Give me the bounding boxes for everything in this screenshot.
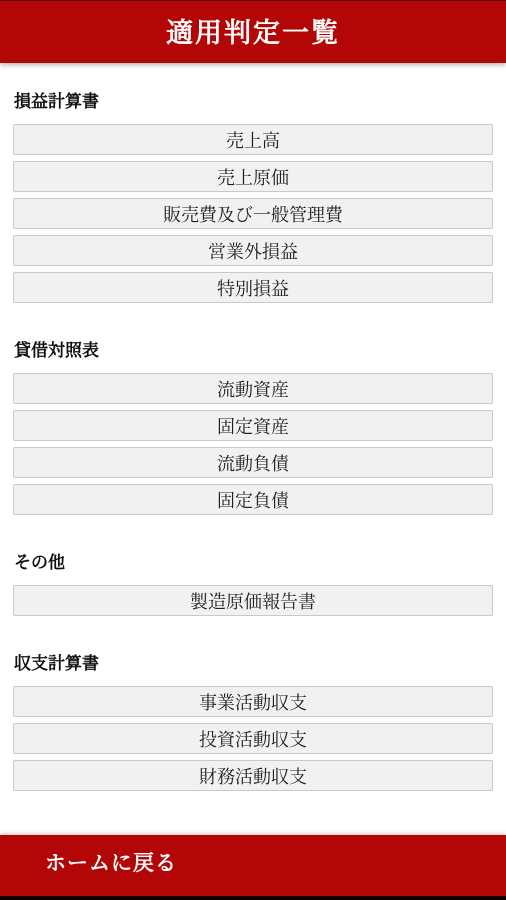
- item-button[interactable]: 固定負債: [13, 484, 493, 515]
- section: その他 製造原価報告書: [13, 521, 493, 616]
- section-buttons: 売上高 売上原価 販売費及び一般管理費 営業外損益 特別損益: [13, 124, 493, 303]
- bottom-black-bar: [0, 896, 506, 900]
- section-buttons: 製造原価報告書: [13, 585, 493, 616]
- section-heading: 損益計算書: [14, 92, 492, 112]
- judgment-list-content: 損益計算書 売上高 売上原価 販売費及び一般管理費 営業外損益 特別損益 貸借対…: [0, 62, 506, 835]
- item-button[interactable]: 財務活動収支: [13, 760, 493, 791]
- item-button[interactable]: 特別損益: [13, 272, 493, 303]
- section-heading: 収支計算書: [14, 654, 492, 674]
- item-button[interactable]: 流動資産: [13, 373, 493, 404]
- section-buttons: 流動資産 固定資産 流動負債 固定負債: [13, 373, 493, 515]
- item-button[interactable]: 売上原価: [13, 161, 493, 192]
- item-button[interactable]: 売上高: [13, 124, 493, 155]
- section-list: 損益計算書 売上高 売上原価 販売費及び一般管理費 営業外損益 特別損益 貸借対…: [13, 62, 493, 791]
- section: 損益計算書 売上高 売上原価 販売費及び一般管理費 営業外損益 特別損益: [13, 62, 493, 303]
- item-button[interactable]: 製造原価報告書: [13, 585, 493, 616]
- item-button[interactable]: 販売費及び一般管理費: [13, 198, 493, 229]
- item-button[interactable]: 固定資産: [13, 410, 493, 441]
- section-buttons: 事業活動収支 投資活動収支 財務活動収支: [13, 686, 493, 791]
- item-button[interactable]: 流動負債: [13, 447, 493, 478]
- section: 収支計算書 事業活動収支 投資活動収支 財務活動収支: [13, 622, 493, 791]
- page-title: 適用判定一覧: [166, 18, 340, 47]
- app-screen: 適用判定一覧 損益計算書 売上高 売上原価 販売費及び一般管理費 営業外損益 特…: [0, 0, 506, 900]
- item-button[interactable]: 営業外損益: [13, 235, 493, 266]
- section-heading: その他: [14, 553, 492, 573]
- item-button[interactable]: 投資活動収支: [13, 723, 493, 754]
- item-button[interactable]: 事業活動収支: [13, 686, 493, 717]
- app-header: 適用判定一覧: [0, 0, 506, 63]
- section-heading: 貸借対照表: [14, 341, 492, 361]
- footer-bar: ホームに戻る: [0, 835, 506, 896]
- section: 貸借対照表 流動資産 固定資産 流動負債 固定負債: [13, 309, 493, 515]
- home-button[interactable]: ホームに戻る: [0, 853, 177, 878]
